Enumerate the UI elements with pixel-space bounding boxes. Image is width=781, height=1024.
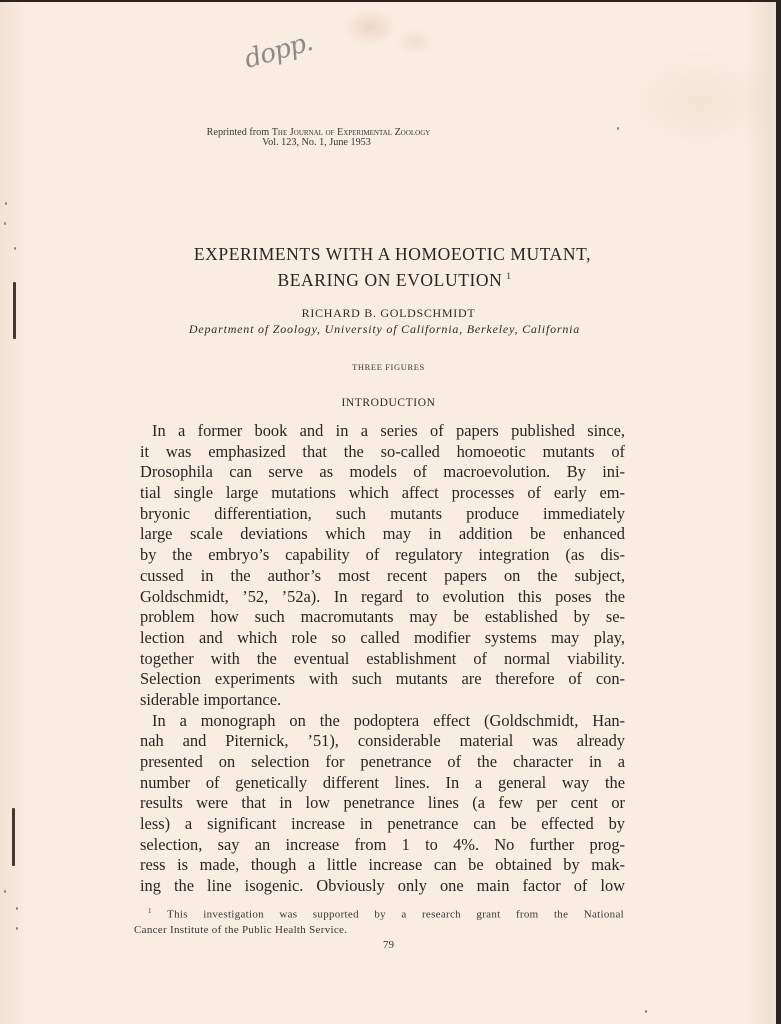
body-line: bryonic differentiation, such mutants pr…: [140, 504, 625, 525]
body-line: by the embryo’s capability of regulatory…: [140, 545, 625, 566]
reprint-prefix: Reprinted from: [207, 127, 270, 138]
body-line: results were that in low penetrance line…: [140, 793, 625, 814]
body-line: large scale deviations which may in addi…: [140, 524, 625, 545]
body-line: ing the line isogenic. Obviously only on…: [140, 876, 625, 897]
paper-speck: [645, 1010, 647, 1013]
paper-title-line-1: EXPERIMENTS WITH A HOMOEOTIC MUTANT,: [2, 242, 776, 266]
footnote-line-2: Cancer Institute of the Public Health Se…: [134, 923, 624, 939]
paper-speck: [14, 247, 16, 250]
body-line: siderable importance.: [140, 690, 625, 711]
section-heading: INTRODUCTION: [0, 397, 776, 409]
paper-title-line-2: BEARING ON EVOLUTION1: [4, 264, 776, 292]
footnote-marker: 1: [148, 907, 152, 915]
paper-speck: [4, 222, 6, 225]
footnote-line-1: 1 This investigation was supported by a …: [134, 904, 624, 923]
body-line: problem how such macromutants may be est…: [140, 607, 625, 628]
body-line: cussed in the author’s most recent paper…: [140, 566, 625, 587]
body-line: selection, say an increase from 1 to 4%.…: [140, 835, 625, 856]
body-line: Goldschmidt, ’52, ’52a). In regard to ev…: [140, 587, 625, 608]
footnote-text-1: This investigation was supported by a re…: [167, 909, 624, 921]
page-edge: [771, 2, 776, 1024]
paper-speck: [16, 907, 18, 910]
handwritten-note: dopp.: [241, 27, 315, 75]
body-line: In a former book and in a series of pape…: [152, 421, 625, 442]
body-line: together with the eventual establishment…: [140, 649, 625, 670]
paper-speck: [4, 890, 6, 893]
footnote: 1 This investigation was supported by a …: [134, 904, 624, 939]
author-name: RICHARD B. GOLDSCHMIDT: [0, 306, 776, 321]
figures-note: THREE FIGURES: [0, 362, 776, 372]
body-line: Selection experiments with such mutants …: [140, 669, 625, 690]
body-line: it was emphasized that the so-called hom…: [140, 442, 625, 463]
staple-mark-top: [13, 282, 16, 339]
body-line: less) a significant increase in penetran…: [140, 814, 625, 835]
body-line: nah and Piternick, ’51), considerable ma…: [140, 731, 625, 752]
body-line: ress is made, though a little increase c…: [140, 855, 625, 876]
page-number: 79: [0, 939, 776, 951]
paper-speck: [16, 927, 18, 930]
reprint-volume: Vol. 123, No. 1, June 1953: [0, 138, 707, 148]
body-line: tial single large mutations which affect…: [140, 483, 625, 504]
document-page: dopp. Reprinted from The Journal of Expe…: [0, 2, 776, 1024]
body-line: presented on selection for penetrance of…: [140, 752, 625, 773]
body-line: number of genetically different lines. I…: [140, 773, 625, 794]
paper-title-text: BEARING ON EVOLUTION: [278, 270, 503, 290]
paper-speck: [5, 202, 7, 205]
body-text: In a former book and in a series of pape…: [152, 421, 625, 897]
paper-speck: [617, 127, 619, 130]
body-line: Drosophila can serve as models of macroe…: [140, 462, 625, 483]
body-line: lection and which role so called modifie…: [140, 628, 625, 649]
staple-mark-bottom: [12, 808, 15, 866]
title-footnote-marker: 1: [506, 271, 511, 281]
body-line: In a monograph on the podoptera effect (…: [140, 711, 625, 732]
author-affiliation: Department of Zoology, University of Cal…: [0, 322, 775, 337]
